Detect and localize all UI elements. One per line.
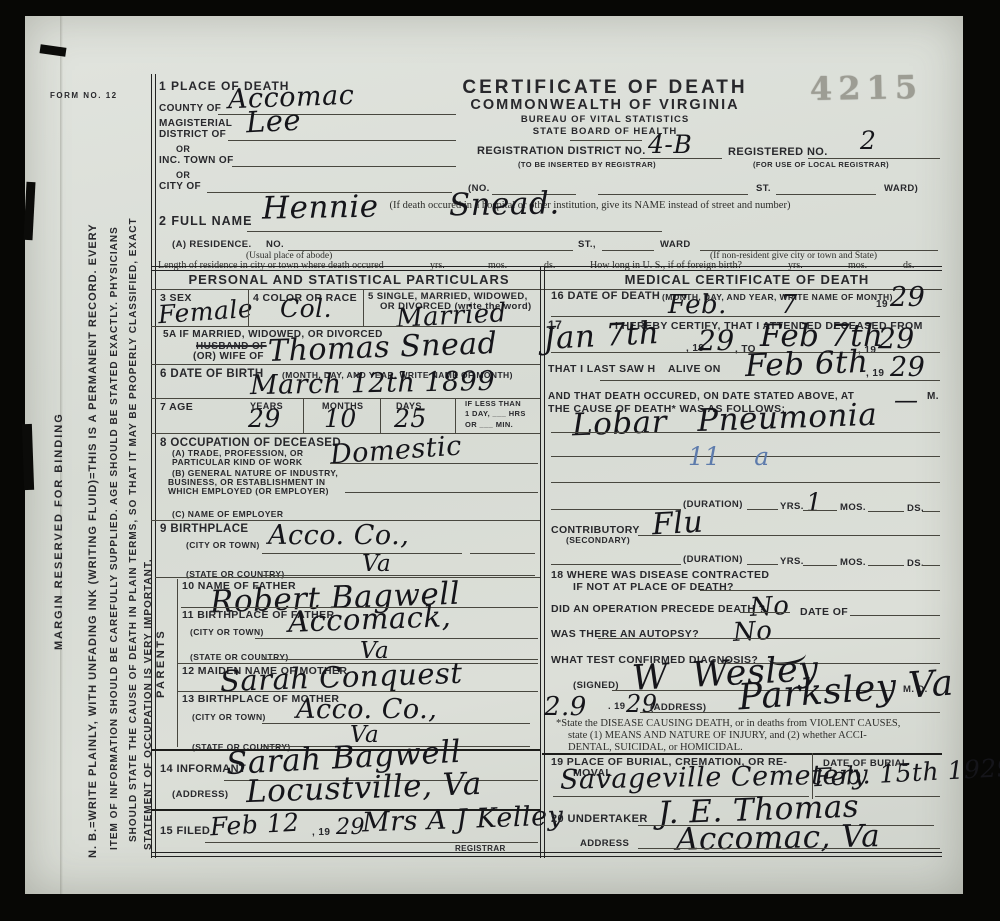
rule bbox=[470, 553, 535, 554]
employer-label: (C) NAME OF EMPLOYER bbox=[172, 510, 283, 519]
sex-value: Female bbox=[157, 296, 254, 329]
undertaker-label: 20 UNDERTAKER bbox=[551, 814, 648, 826]
rule bbox=[247, 231, 662, 232]
rule bbox=[868, 511, 904, 512]
if-less-than-label-1: IF LESS THAN bbox=[465, 400, 521, 408]
rule bbox=[551, 432, 940, 433]
city-or-town-label: (CITY OR TOWN) bbox=[186, 541, 260, 550]
reg-district-value: 4-B bbox=[648, 132, 692, 158]
rule bbox=[602, 250, 654, 251]
residence-ward-label: WARD bbox=[660, 240, 691, 250]
dob-value: March 12th 1899 bbox=[250, 368, 496, 401]
rule bbox=[151, 289, 942, 290]
footnote-line-1: *State the DISEASE CAUSING DEATH, or in … bbox=[556, 718, 900, 729]
disease-contracted-label-1: 18 WHERE WAS DISEASE CONTRACTED bbox=[551, 570, 769, 581]
wife-of-label: (OR) WIFE OF bbox=[193, 352, 264, 363]
city-label: CITY OF bbox=[159, 182, 201, 193]
section-rule bbox=[542, 753, 942, 755]
spouse-value: Thomas Snead bbox=[268, 328, 498, 367]
rule bbox=[598, 194, 748, 195]
lastsaw-19-label: , 19 bbox=[866, 369, 884, 380]
filed-label: 15 FILED bbox=[160, 826, 210, 838]
full-name-value: Hennie Snead. bbox=[262, 187, 560, 225]
from-year-value: 29 bbox=[698, 326, 735, 355]
race-value: Col. bbox=[280, 296, 332, 322]
board-line: STATE BOARD OF HEALTH bbox=[445, 127, 765, 137]
secondary-label: (SECONDARY) bbox=[566, 536, 630, 545]
rule bbox=[255, 638, 538, 639]
duration-ds-label: DS. bbox=[907, 504, 924, 514]
rule bbox=[922, 565, 940, 566]
cell-divider bbox=[248, 290, 249, 326]
occupation-value: Domestic bbox=[329, 432, 463, 469]
to-year-value: 29 bbox=[878, 324, 915, 353]
footnote-line-3: DENTAL, SUICIDAL, or HOMICIDAL. bbox=[568, 742, 743, 753]
dob-label: 6 DATE OF BIRTH bbox=[160, 368, 264, 380]
residence-no-label: NO. bbox=[266, 240, 284, 250]
rule bbox=[640, 712, 940, 713]
residence-st-label: ST., bbox=[578, 240, 596, 250]
birthplace-label: 9 BIRTHPLACE bbox=[160, 523, 249, 535]
rule bbox=[640, 158, 722, 159]
age-months-value: 10 bbox=[324, 406, 357, 432]
date-of-death-label: 16 DATE OF DEATH bbox=[551, 291, 660, 303]
operation-label: DID AN OPERATION PRECEDE DEATH ? bbox=[551, 604, 765, 615]
rule bbox=[262, 723, 530, 724]
medical-section-header: MEDICAL CERTIFICATE OF DEATH bbox=[553, 273, 941, 287]
cell-divider bbox=[363, 290, 364, 326]
registered-no-label: REGISTERED NO. bbox=[728, 147, 828, 159]
disease-contracted-label-2: IF NOT AT PLACE OF DEATH? bbox=[573, 582, 734, 593]
rule bbox=[205, 842, 538, 843]
parents-group-label: PARENTS bbox=[156, 629, 168, 698]
birthplace-state-value: Va bbox=[362, 552, 391, 576]
duration-label: (DURATION) bbox=[683, 555, 743, 565]
age-label: 7 AGE bbox=[160, 402, 193, 413]
mother-birthplace-city-value: Acco. Co., bbox=[296, 696, 437, 724]
rule bbox=[345, 492, 538, 493]
or-label: OR bbox=[176, 145, 190, 154]
rule bbox=[551, 482, 940, 483]
magisterial-value: Lee bbox=[245, 105, 302, 138]
rule bbox=[330, 463, 538, 464]
st-label: ST. bbox=[756, 184, 771, 194]
signed-19-label: . 19 bbox=[608, 702, 625, 712]
form-left-border bbox=[151, 74, 156, 858]
duration-yrs-value: 1 bbox=[806, 490, 822, 516]
bureau-line: BUREAU OF VITAL STATISTICS bbox=[445, 115, 765, 125]
rule bbox=[700, 590, 940, 591]
registered-no-note: (FOR USE OF LOCAL REGISTRAR) bbox=[753, 161, 889, 169]
lastsaw-year-value: 29 bbox=[890, 354, 925, 382]
rule bbox=[232, 166, 456, 167]
rule bbox=[262, 575, 535, 576]
m-label: M. bbox=[927, 392, 939, 403]
ward-label: WARD) bbox=[884, 184, 918, 194]
filed-date-value: Feb 12 bbox=[209, 810, 300, 841]
rule bbox=[868, 565, 904, 566]
registrar-signature: Mrs A J Kelley bbox=[362, 802, 564, 837]
state-or-country-label: (STATE OR COUNTRY) bbox=[190, 653, 289, 662]
full-name-label: 2 FULL NAME bbox=[159, 215, 252, 228]
rule bbox=[803, 510, 837, 511]
rule bbox=[747, 509, 778, 510]
residence-label: (A) RESIDENCE. bbox=[172, 240, 252, 250]
attended-from-value: Jan 7th bbox=[542, 317, 660, 356]
registrar-stamp-number: 4215 bbox=[810, 71, 924, 107]
form-number: FORM NO. 12 bbox=[50, 92, 118, 100]
rule bbox=[551, 564, 681, 565]
city-or-town-label: (CITY OR TOWN) bbox=[190, 628, 264, 637]
alive-on-label: ALIVE ON bbox=[668, 364, 721, 375]
duration-ds-label: DS. bbox=[907, 559, 924, 569]
county-label: COUNTY OF bbox=[159, 104, 221, 115]
dod-year-value: 29 bbox=[890, 284, 925, 312]
occupation-a-label-2: PARTICULAR KIND OF WORK bbox=[172, 458, 302, 467]
rule bbox=[151, 433, 540, 434]
cell-divider bbox=[380, 399, 381, 433]
undertaker-address-value: Accomac, Va bbox=[676, 820, 881, 856]
rule bbox=[228, 140, 456, 141]
cause-code-annotation: 11 a bbox=[688, 444, 770, 470]
registered-no-value: 2 bbox=[860, 128, 876, 154]
cell-divider bbox=[455, 399, 456, 433]
rule bbox=[598, 638, 940, 639]
duration-mos-label: MOS. bbox=[840, 503, 866, 513]
filed-19-label: , 19 bbox=[312, 828, 330, 839]
duration-mos-label: MOS. bbox=[840, 558, 866, 568]
margin-nb-line1: N. B.=WRITE PLAINLY, WITH UNFADING INK (… bbox=[88, 223, 100, 858]
certificate-content: FORM NO. 12 MARGIN RESERVED FOR BINDING … bbox=[0, 0, 1000, 921]
certificate-title: CERTIFICATE OF DEATH bbox=[445, 78, 765, 98]
commonwealth-subtitle: COMMONWEALTH OF VIRGINIA bbox=[445, 98, 765, 113]
autopsy-value: No bbox=[732, 618, 773, 647]
cell-divider bbox=[303, 399, 304, 433]
rule bbox=[803, 565, 837, 566]
date-of-label: DATE OF bbox=[800, 607, 848, 618]
reg-district-label: REGISTRATION DISTRICT NO. bbox=[477, 146, 646, 158]
city-or-town-label: (CITY OR TOWN) bbox=[192, 713, 266, 722]
margin-nb-line2: ITEM OF INFORMATION SHOULD BE CAREFULLY … bbox=[110, 226, 121, 850]
duration-yrs-label: YRS. bbox=[780, 502, 804, 512]
rule bbox=[776, 194, 876, 195]
reg-district-note: (TO BE INSERTED BY REGISTRAR) bbox=[518, 161, 656, 169]
age-days-value: 25 bbox=[394, 406, 427, 432]
father-birthplace-city-value: Accomack, bbox=[288, 601, 452, 637]
margin-binding-note: MARGIN RESERVED FOR BINDING bbox=[54, 412, 66, 650]
undertaker-address-label: ADDRESS bbox=[580, 839, 629, 849]
rule bbox=[638, 848, 940, 849]
magisterial-label-1: MAGISTERIAL bbox=[159, 119, 232, 130]
death-hour-value: — bbox=[894, 388, 919, 413]
rule bbox=[177, 691, 538, 692]
filed-year-value: 29 bbox=[336, 816, 365, 839]
birthplace-city-value: Acco. Co., bbox=[268, 522, 409, 550]
informant-address-value: Locustville, Va bbox=[246, 768, 483, 809]
if-less-than-label-3: OR ___ MIN. bbox=[465, 421, 513, 429]
duration-yrs-label: YRS. bbox=[780, 557, 804, 567]
dod-19-label: 19 bbox=[876, 300, 888, 311]
if-less-than-label-2: 1 DAY, ___ HRS bbox=[465, 410, 526, 418]
cause-of-death-value: Lobar Pneumonia bbox=[572, 399, 878, 442]
or-label: OR bbox=[176, 171, 190, 180]
rule bbox=[155, 577, 540, 578]
magisterial-label-2: DISTRICT OF bbox=[159, 130, 226, 141]
rule bbox=[808, 158, 940, 159]
occupation-b-label-3: WHICH EMPLOYED (OR EMPLOYER) bbox=[168, 487, 329, 496]
rule bbox=[850, 615, 940, 616]
informant-address-label: (ADDRESS) bbox=[172, 790, 228, 800]
footnote-line-2: state (1) MEANS AND NATURE OF INJURY, an… bbox=[568, 730, 867, 741]
section-divider bbox=[151, 266, 942, 271]
last-saw-label: THAT I LAST SAW H bbox=[548, 364, 656, 375]
rule bbox=[922, 511, 940, 512]
rule bbox=[638, 535, 940, 536]
margin-nb-line3: SHOULD STATE THE CAUSE OF DEATH IN PLAIN… bbox=[129, 217, 140, 842]
rule bbox=[151, 364, 540, 365]
last-saw-value: Feb 6th bbox=[744, 346, 869, 383]
rule bbox=[747, 564, 778, 565]
age-years-value: 29 bbox=[248, 406, 281, 432]
rule bbox=[740, 612, 790, 613]
inc-town-label: INC. TOWN OF bbox=[159, 156, 234, 167]
rule bbox=[600, 380, 940, 381]
rule bbox=[570, 140, 642, 141]
personal-section-header: PERSONAL AND STATISTICAL PARTICULARS bbox=[160, 273, 538, 287]
